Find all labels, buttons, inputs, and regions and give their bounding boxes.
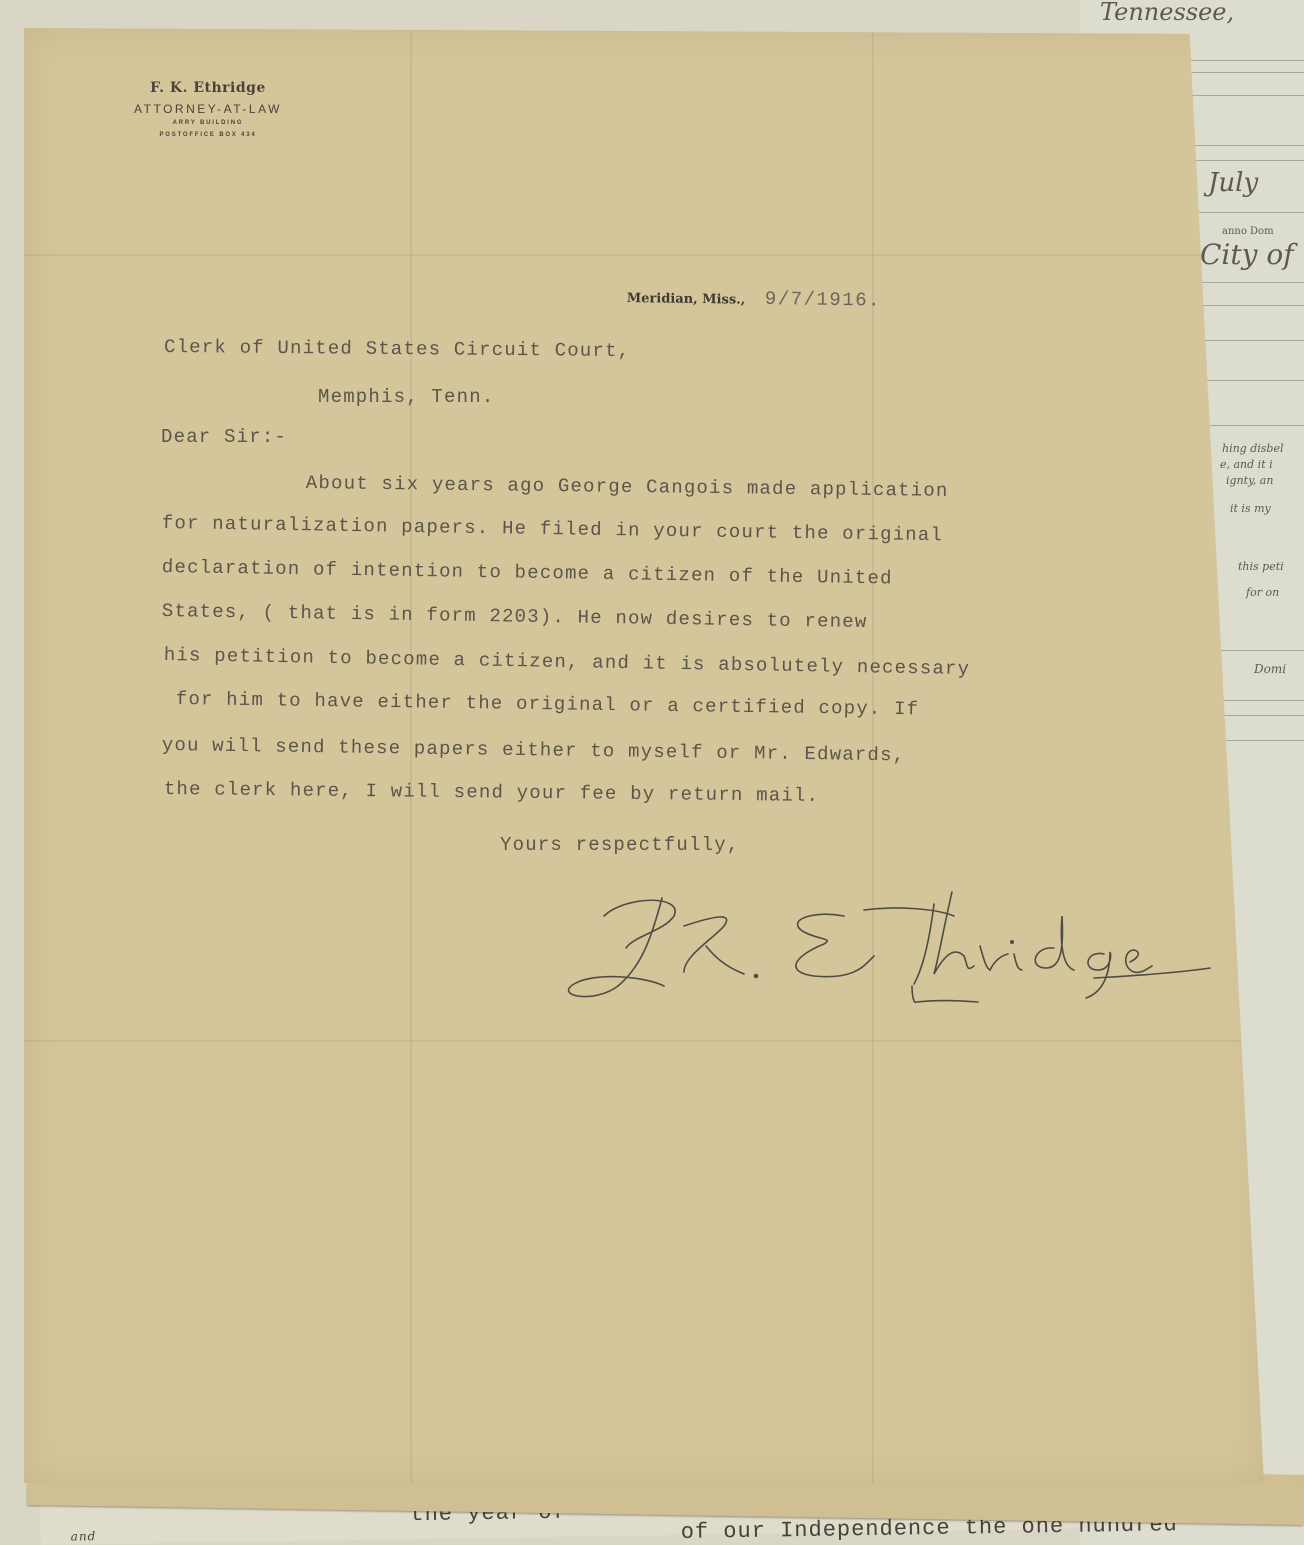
handwritten-month: July: [1208, 168, 1258, 198]
form-fragment: this peti: [1238, 560, 1284, 573]
form-fragment: hing disbel: [1222, 442, 1284, 455]
handwritten-state: Tennessee,: [1100, 0, 1234, 26]
address-line-2: Memphis, Tenn.: [318, 386, 494, 408]
form-fragment: ignty, an: [1226, 474, 1273, 487]
body-line: the clerk here, I will send your fee by …: [164, 778, 819, 807]
form-fragment: Domi: [1254, 662, 1286, 676]
form-fragment: for on: [1246, 586, 1279, 599]
form-fragment: it is my: [1230, 502, 1271, 515]
body-line: for him to have either the original or a…: [176, 688, 920, 720]
address-line-1: Clerk of United States Circuit Court,: [164, 336, 630, 362]
salutation: Dear Sir:-: [161, 426, 287, 448]
letterhead: F. K. Ethridge ATTORNEY-AT-LAW ARRY BUIL…: [108, 80, 308, 138]
dateline-place: Meridian, Miss.,: [627, 291, 746, 308]
body-line: declaration of intention to become a cit…: [162, 556, 893, 589]
body-line: for naturalization papers. He filed in y…: [162, 512, 944, 546]
fold-line: [24, 254, 1264, 256]
letterhead-name: F. K. Ethridge: [108, 80, 308, 96]
handwritten-city: City of: [1200, 238, 1294, 271]
letterhead-building: ARRY BUILDING: [108, 120, 308, 126]
fold-line: [24, 1040, 1264, 1042]
dateline: Meridian, Miss., 9/7/1916.: [627, 286, 881, 312]
body-line: his petition to become a citizen, and it…: [164, 644, 971, 680]
closing: Yours respectfully,: [500, 834, 739, 856]
dateline-date: 9/7/1916.: [765, 288, 881, 312]
bottom-form-mark: and: [71, 1529, 97, 1543]
body-line: States, ( that is in form 2203). He now …: [162, 600, 868, 633]
signature-ink: [534, 876, 1214, 1006]
body-line: About six years ago George Cangois made …: [306, 472, 949, 502]
letterhead-title: ATTORNEY-AT-LAW: [108, 102, 308, 116]
letter-page: F. K. Ethridge ATTORNEY-AT-LAW ARRY BUIL…: [24, 28, 1264, 1483]
form-fragment: e, and it i: [1220, 458, 1273, 471]
body-line: you will send these papers either to mys…: [162, 734, 906, 766]
letterhead-postoffice: POSTOFFICE BOX 434: [108, 132, 308, 138]
signature: [534, 876, 1214, 1006]
printed-anno: anno Dom: [1222, 226, 1274, 237]
